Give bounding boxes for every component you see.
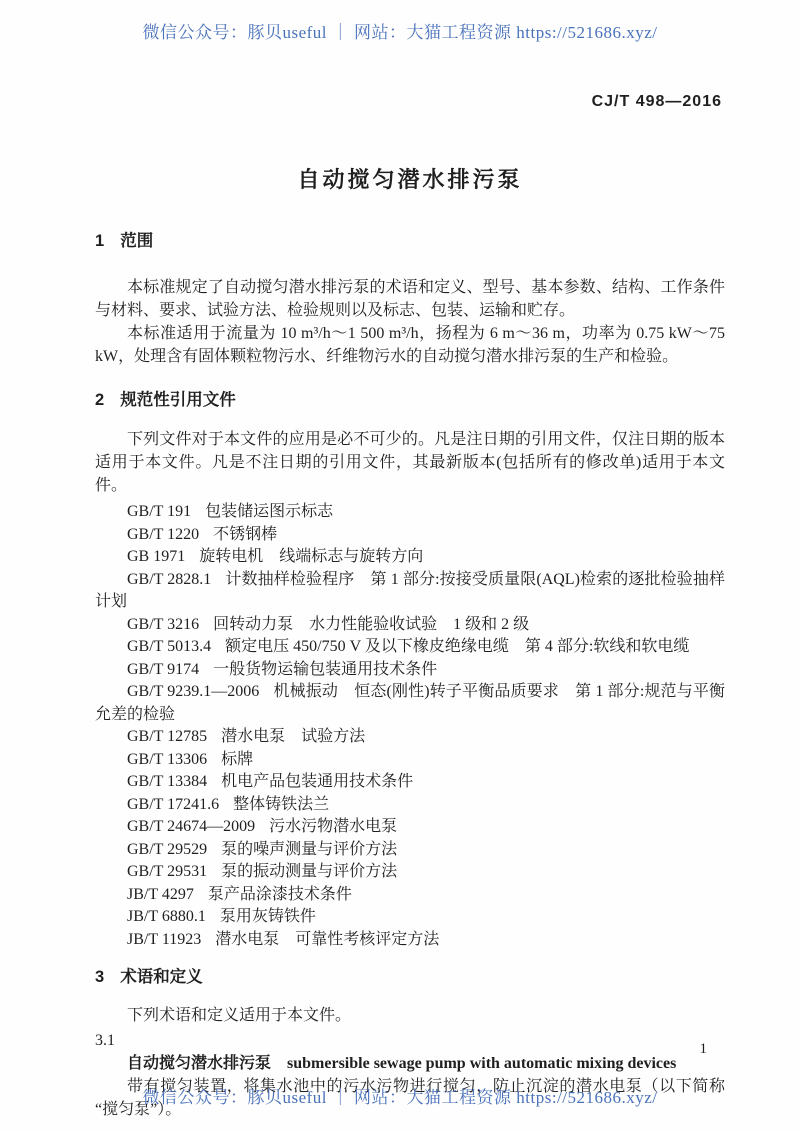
reference-code: JB/T 6880.1 <box>127 908 206 925</box>
reference-code: GB/T 13306 <box>127 751 207 768</box>
reference-item: GB/T 191包装储运图示标志 <box>95 501 725 524</box>
reference-code: GB/T 13384 <box>127 773 207 790</box>
term-chinese: 自动搅匀潜水排污泵 <box>127 1055 271 1072</box>
references-intro: 下列文件对于本文件的应用是必不可少的。凡是注日期的引用文件，仅注日期的版本适用于… <box>95 428 725 497</box>
reference-code: GB/T 9239.1—2006 <box>127 683 259 700</box>
section-references-heading: 2规范性引用文件 <box>95 390 725 410</box>
reference-item: GB/T 29529泵的噪声测量与评价方法 <box>95 839 725 862</box>
document-title: 自动搅匀潜水排污泵 <box>95 165 725 195</box>
reference-title: 机电产品包装通用技术条件 <box>207 773 413 790</box>
reference-title: 整体铸铁法兰 <box>219 796 329 813</box>
reference-title: 一般货物运输包装通用技术条件 <box>199 661 437 678</box>
watermark-header: 微信公众号：豚贝useful ｜ 网站：大猫工程资源 https://52168… <box>0 18 800 43</box>
reference-code: JB/T 11923 <box>127 931 201 948</box>
reference-item: GB/T 13306标牌 <box>95 749 725 772</box>
page-number: 1 <box>700 1041 708 1058</box>
reference-item: JB/T 11923潜水电泵 可靠性考核评定方法 <box>95 929 725 952</box>
reference-item: GB/T 13384机电产品包装通用技术条件 <box>95 771 725 794</box>
term-entry-title: 自动搅匀潜水排污泵submersible sewage pump with au… <box>95 1052 725 1075</box>
reference-code: GB 1971 <box>127 548 185 565</box>
reference-item: GB/T 9239.1—2006机械振动 恒态(刚性)转子平衡品质要求 第 1 … <box>95 681 725 726</box>
reference-title: 潜水电泵 可靠性考核评定方法 <box>201 931 439 948</box>
scope-paragraph: 本标准适用于流量为 10 m³/h～1 500 m³/h，扬程为 6 m～36 … <box>95 322 725 368</box>
reference-title: 泵产品涂漆技术条件 <box>194 886 352 903</box>
section-number: 3 <box>95 968 104 986</box>
reference-code: GB/T 5013.4 <box>127 638 211 655</box>
reference-code: JB/T 4297 <box>127 886 194 903</box>
reference-title: 旋转电机 线端标志与旋转方向 <box>185 548 423 565</box>
reference-code: GB/T 9174 <box>127 661 199 678</box>
reference-title: 包装储运图示标志 <box>191 503 333 520</box>
reference-code: GB/T 29529 <box>127 841 207 858</box>
term-english: submersible sewage pump with automatic m… <box>271 1055 676 1072</box>
reference-item: GB/T 2828.1计数抽样检验程序 第 1 部分:按接受质量限(AQL)检索… <box>95 569 725 614</box>
document-content: 自动搅匀潜水排污泵 1范围 本标准规定了自动搅匀潜水排污泵的术语和定义、型号、基… <box>95 165 725 1121</box>
watermark-footer: 微信公众号：豚贝useful ｜ 网站：大猫工程资源 https://52168… <box>0 1083 800 1108</box>
reference-code: GB/T 12785 <box>127 728 207 745</box>
standard-code: CJ/T 498—2016 <box>592 93 722 111</box>
reference-code: GB/T 1220 <box>127 526 199 543</box>
section-heading-text: 规范性引用文件 <box>120 391 236 409</box>
section-normative-references: 2规范性引用文件 下列文件对于本文件的应用是必不可少的。凡是注日期的引用文件，仅… <box>95 390 725 951</box>
reference-item: GB/T 12785潜水电泵 试验方法 <box>95 726 725 749</box>
reference-title: 额定电压 450/750 V 及以下橡皮绝缘电缆 第 4 部分:软线和软电缆 <box>211 638 689 655</box>
reference-item: GB/T 1220不锈钢棒 <box>95 524 725 547</box>
section-number: 2 <box>95 391 104 409</box>
reference-title: 泵的噪声测量与评价方法 <box>207 841 397 858</box>
reference-list: GB/T 191包装储运图示标志 GB/T 1220不锈钢棒 GB 1971旋转… <box>95 501 725 951</box>
reference-item: GB/T 3216回转动力泵 水力性能验收试验 1 级和 2 级 <box>95 614 725 637</box>
reference-code: GB/T 191 <box>127 503 191 520</box>
reference-title: 不锈钢棒 <box>199 526 277 543</box>
section-terms-heading: 3术语和定义 <box>95 967 725 987</box>
reference-code: GB/T 29531 <box>127 863 207 880</box>
reference-title: 污水污物潜水电泵 <box>255 818 397 835</box>
reference-code: GB/T 3216 <box>127 616 199 633</box>
section-number: 1 <box>95 232 104 250</box>
section-scope: 1范围 本标准规定了自动搅匀潜水排污泵的术语和定义、型号、基本参数、结构、工作条… <box>95 231 725 368</box>
section-heading-text: 术语和定义 <box>120 968 203 986</box>
reference-item: JB/T 4297泵产品涂漆技术条件 <box>95 884 725 907</box>
reference-title: 泵的振动测量与评价方法 <box>207 863 397 880</box>
reference-code: GB/T 2828.1 <box>127 571 211 588</box>
reference-item: GB/T 24674—2009污水污物潜水电泵 <box>95 816 725 839</box>
reference-title: 潜水电泵 试验方法 <box>207 728 365 745</box>
reference-code: GB/T 17241.6 <box>127 796 219 813</box>
reference-title: 回转动力泵 水力性能验收试验 1 级和 2 级 <box>199 616 529 633</box>
terms-intro: 下列术语和定义适用于本文件。 <box>95 1004 725 1027</box>
reference-item: JB/T 6880.1泵用灰铸铁件 <box>95 906 725 929</box>
reference-item: GB/T 17241.6整体铸铁法兰 <box>95 794 725 817</box>
reference-item: GB/T 29531泵的振动测量与评价方法 <box>95 861 725 884</box>
scope-paragraph: 本标准规定了自动搅匀潜水排污泵的术语和定义、型号、基本参数、结构、工作条件与材料… <box>95 276 725 322</box>
section-heading-text: 范围 <box>120 232 153 250</box>
reference-item: GB 1971旋转电机 线端标志与旋转方向 <box>95 546 725 569</box>
reference-item: GB/T 9174一般货物运输包装通用技术条件 <box>95 659 725 682</box>
reference-code: GB/T 24674—2009 <box>127 818 255 835</box>
section-scope-heading: 1范围 <box>95 231 725 251</box>
document-page: 微信公众号：豚贝useful ｜ 网站：大猫工程资源 https://52168… <box>0 0 800 1131</box>
reference-title: 泵用灰铸铁件 <box>206 908 316 925</box>
reference-item: GB/T 5013.4额定电压 450/750 V 及以下橡皮绝缘电缆 第 4 … <box>95 636 725 659</box>
reference-title: 标牌 <box>207 751 253 768</box>
term-entry-number: 3.1 <box>95 1029 725 1052</box>
